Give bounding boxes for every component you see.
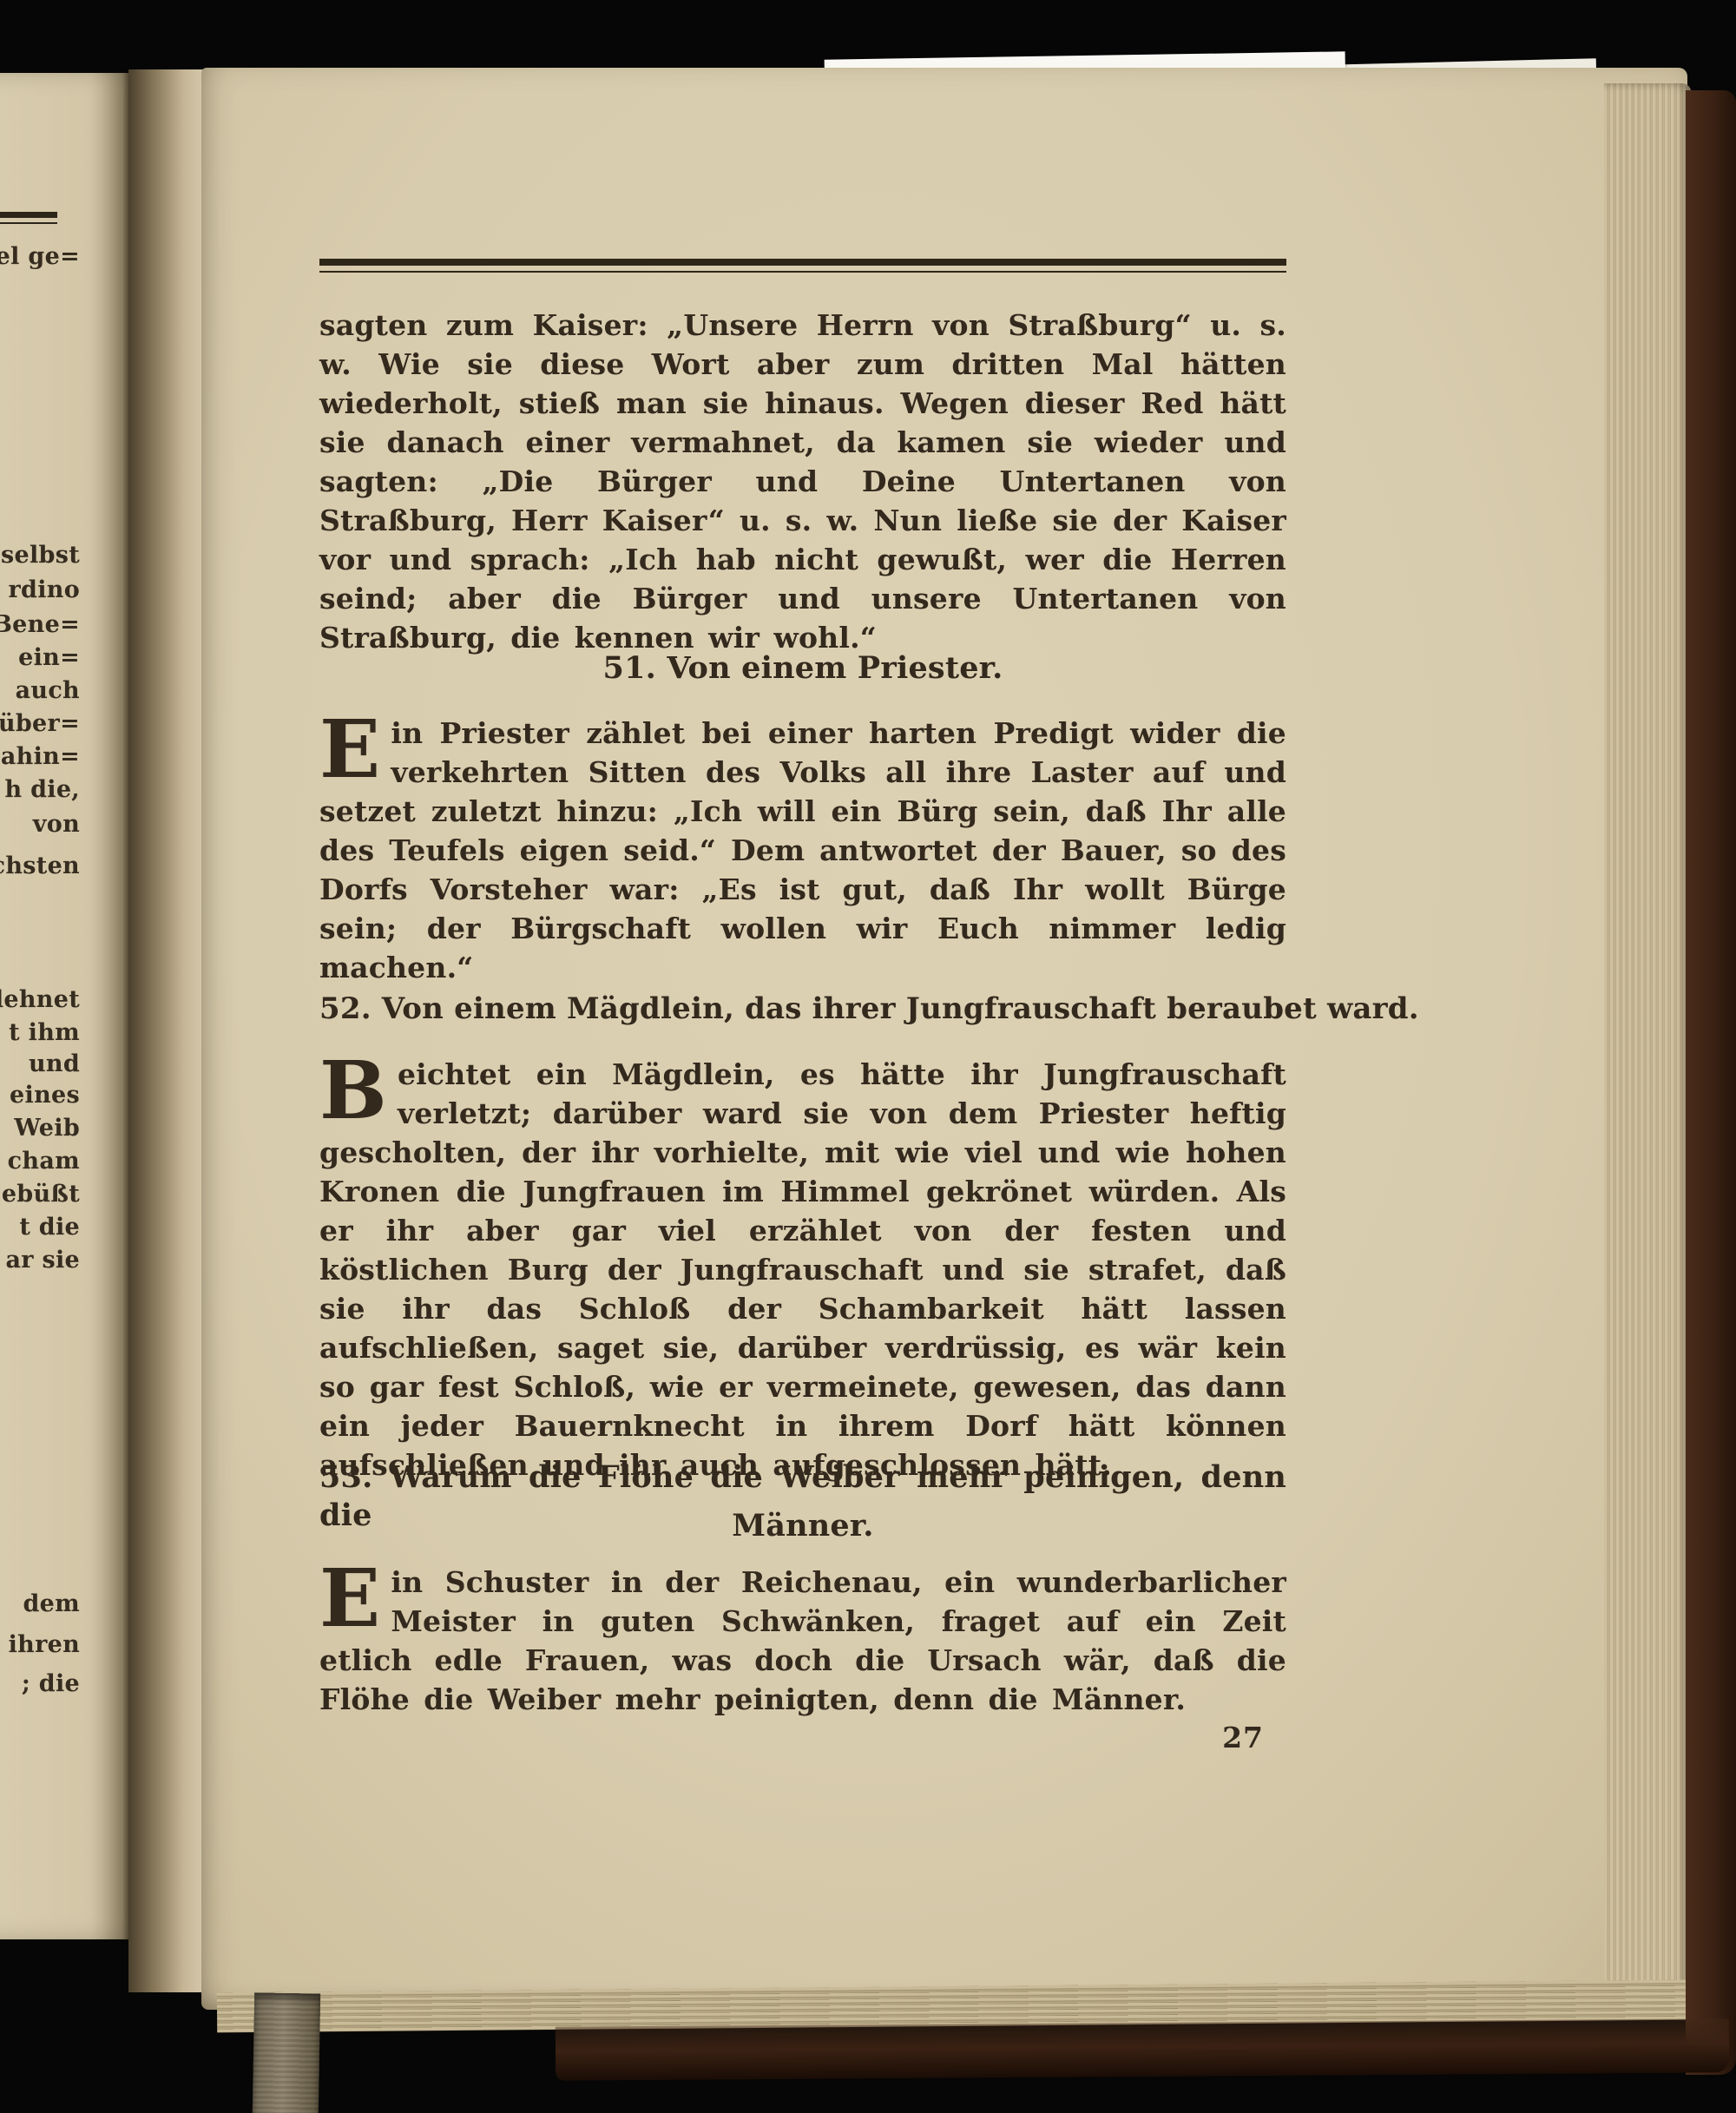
previous-page-rule	[0, 212, 57, 218]
section-53-body: in Schuster in der Reichenau, ein wunder…	[319, 1565, 1286, 1716]
page-fragment: Bene=	[0, 611, 80, 638]
previous-page-rule-thin	[0, 222, 57, 224]
section-51-body: in Priester zählet bei einer harten Pred…	[319, 716, 1286, 984]
section-53-heading-line2: Männer.	[319, 1507, 1286, 1545]
section-52-heading: 52. Von einem Mägdlein, das ihrer Jungfr…	[319, 990, 1286, 1028]
page-fragment: ; die	[22, 1670, 80, 1697]
section-51-heading: 51. Von einem Priester.	[319, 649, 1286, 688]
page-fragment: auch	[16, 677, 80, 704]
page-fragment: über=	[0, 710, 80, 737]
page-fragment: ebüßt	[2, 1181, 80, 1208]
book-cover-edge	[1686, 90, 1736, 2075]
section-52-body: eichtet ein Mägdlein, es hätte ihr Jungf…	[319, 1057, 1286, 1482]
drop-cap-b: B	[319, 1058, 387, 1122]
intro-paragraph: sagten zum Kaiser: „Unsere Herrn von Str…	[319, 306, 1286, 657]
book-cover-bottom	[556, 2018, 1729, 2080]
page-edges	[1604, 83, 1691, 2006]
page-fragment: el ge=	[0, 243, 80, 270]
page-fragment: lehnet	[0, 986, 80, 1013]
section-52-paragraph: Beichtet ein Mägdlein, es hätte ihr Jung…	[319, 1055, 1286, 1484]
page-fragment: dem	[23, 1590, 80, 1617]
page-fragment: t die	[19, 1214, 80, 1241]
page-fragment: cham	[8, 1148, 80, 1175]
drop-cap-e: E	[319, 1566, 380, 1630]
page-fragment: von	[33, 811, 80, 838]
drop-cap-e: E	[319, 717, 380, 781]
page-fragment: und	[29, 1050, 80, 1077]
book-gutter	[128, 69, 207, 1992]
page-fragment: ein=	[18, 644, 80, 671]
page-fragment: ar sie	[5, 1247, 80, 1274]
bookmark-ribbon	[253, 1992, 320, 2113]
page-fragment: ahin=	[1, 743, 80, 770]
section-51-paragraph: Ein Priester zählet bei einer harten Pre…	[319, 714, 1286, 987]
head-rule-thin	[319, 271, 1286, 273]
book-photo: { "colors": { "background": "#060606", "…	[0, 0, 1736, 2113]
section-53-paragraph: Ein Schuster in der Reichenau, ein wunde…	[319, 1563, 1286, 1719]
page-fragment: h die,	[4, 776, 80, 803]
page-fragment: selbst	[1, 542, 80, 569]
head-rule	[319, 259, 1286, 266]
page-fragment: chsten	[0, 852, 80, 879]
previous-page: el ge= selbst rdino Bene= ein= auch über…	[0, 73, 130, 1939]
page-fragment: eines	[10, 1082, 80, 1109]
page-fragment: Weib	[14, 1115, 80, 1142]
page-number: 27	[319, 1721, 1264, 1754]
page-fragment: t ihm	[9, 1019, 80, 1046]
page-fragment: ihren	[9, 1631, 80, 1658]
page-fragment: rdino	[9, 576, 81, 603]
